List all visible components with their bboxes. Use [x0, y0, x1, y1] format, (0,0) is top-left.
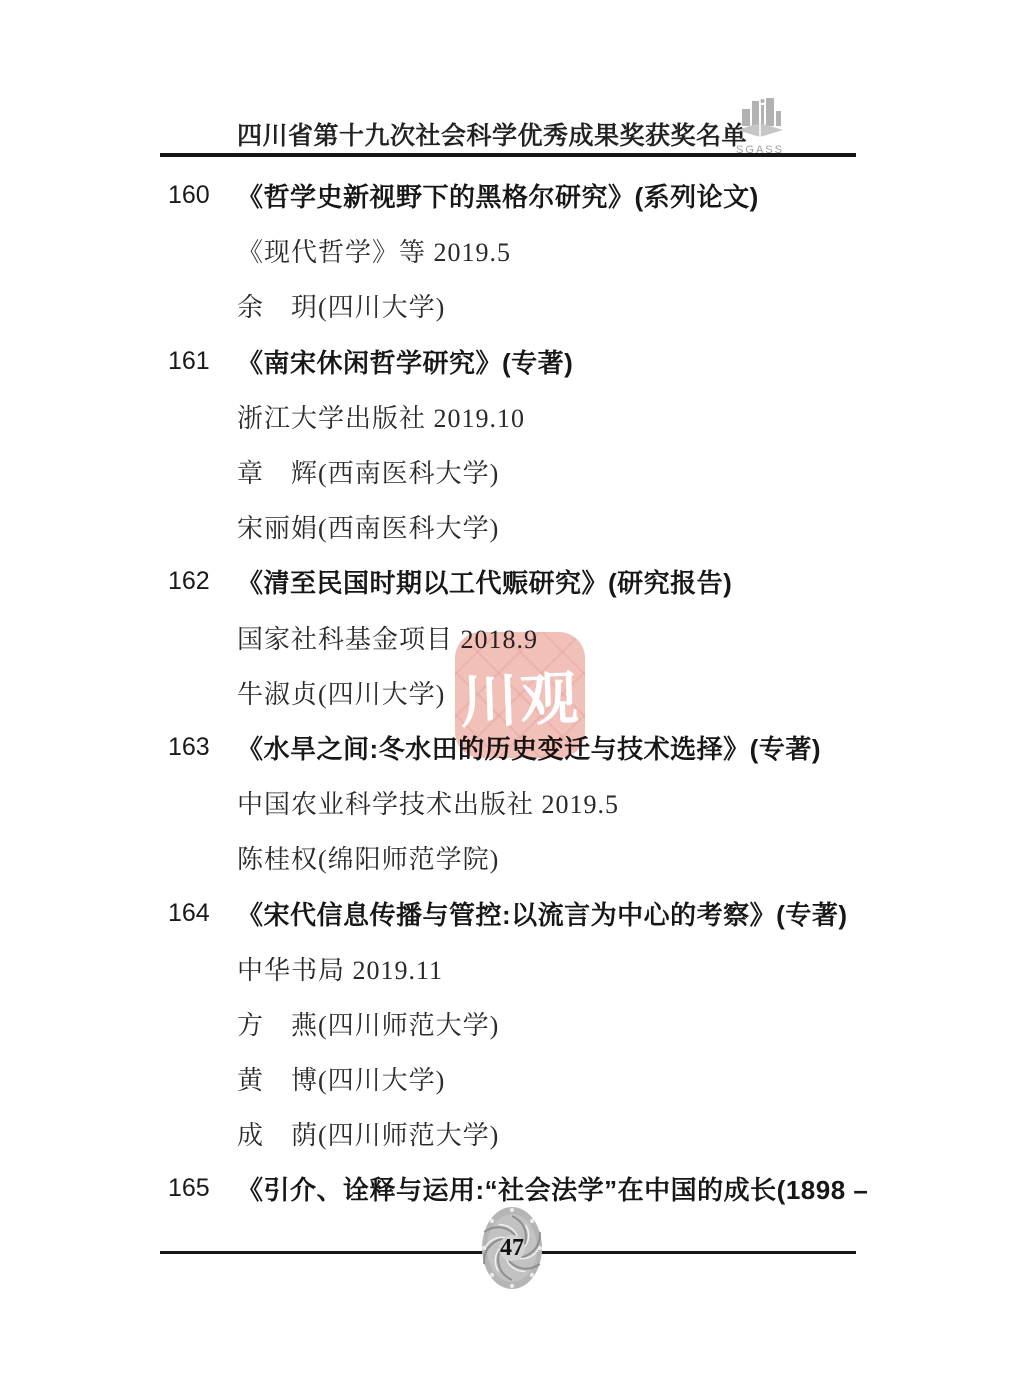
author-info: 方 燕(四川师范大学) — [237, 1005, 499, 1042]
entry-number: 164 — [168, 899, 237, 928]
page-title: 四川省第十九次社会科学优秀成果奖获奖名单 — [237, 116, 747, 152]
author-info: 牛淑贞(四川大学) — [237, 674, 445, 711]
header-rule — [160, 153, 856, 157]
publication-info: 《现代哲学》等 2019.5 — [237, 232, 511, 269]
entry-title-row: 160 《哲学史新视野下的黑格尔研究》(系列论文) — [168, 168, 888, 223]
entry-title: 《南宋休闲哲学研究》(专著) — [237, 343, 573, 380]
publication-info: 中国农业科学技术出版社 2019.5 — [237, 784, 619, 821]
entry-publication-row: 中华书局 2019.11 — [168, 941, 888, 996]
entry-title-row: 162 《清至民国时期以工代赈研究》(研究报告) — [168, 554, 888, 609]
sgass-logo: SGASS — [730, 92, 790, 156]
entry-author-row: 章 辉(西南医科大学) — [168, 444, 888, 499]
entry-title: 《清至民国时期以工代赈研究》(研究报告) — [237, 563, 732, 600]
award-entry: 164 《宋代信息传播与管控:以流言为中心的考察》(专著) 中华书局 2019.… — [168, 885, 888, 1161]
author-info: 成 荫(四川师范大学) — [237, 1115, 499, 1152]
author-info: 余 玥(四川大学) — [237, 287, 445, 324]
publication-info: 浙江大学出版社 2019.10 — [237, 398, 525, 435]
document-page: 四川省第十九次社会科学优秀成果奖获奖名单 SGASS 160 《哲学史新视野下的… — [0, 0, 1024, 1380]
award-entry: 160 《哲学史新视野下的黑格尔研究》(系列论文) 《现代哲学》等 2019.5… — [168, 168, 888, 334]
entry-number: 165 — [168, 1174, 237, 1203]
page-number: 47 — [480, 1205, 544, 1291]
page-number-emblem: 47 — [480, 1205, 544, 1291]
entry-number: 160 — [168, 181, 237, 210]
entry-title: 《哲学史新视野下的黑格尔研究》(系列论文) — [237, 177, 759, 214]
entry-title: 《宋代信息传播与管控:以流言为中心的考察》(专著) — [237, 895, 847, 932]
chuanguan-watermark-text: 川观 — [453, 630, 587, 760]
author-info: 章 辉(西南医科大学) — [237, 453, 499, 490]
entry-number: 163 — [168, 733, 237, 762]
entry-number: 161 — [168, 347, 237, 376]
author-info: 黄 博(四川大学) — [237, 1060, 445, 1097]
entry-author-row: 方 燕(四川师范大学) — [168, 996, 888, 1051]
entry-publication-row: 中国农业科学技术出版社 2019.5 — [168, 775, 888, 830]
author-info: 宋丽娟(西南医科大学) — [237, 508, 499, 545]
award-entry: 161 《南宋休闲哲学研究》(专著) 浙江大学出版社 2019.10 章 辉(西… — [168, 334, 888, 555]
building-book-icon — [731, 92, 789, 138]
entry-number: 162 — [168, 567, 237, 596]
entry-author-row: 宋丽娟(西南医科大学) — [168, 499, 888, 554]
entry-author-row: 黄 博(四川大学) — [168, 1051, 888, 1106]
entry-publication-row: 《现代哲学》等 2019.5 — [168, 223, 888, 278]
entry-title-row: 161 《南宋休闲哲学研究》(专著) — [168, 334, 888, 389]
entry-author-row: 成 荫(四川师范大学) — [168, 1106, 888, 1161]
entry-publication-row: 浙江大学出版社 2019.10 — [168, 389, 888, 444]
entry-title: 《引介、诠释与运用:“社会法学”在中国的成长(1898 – — [237, 1170, 868, 1207]
entry-author-row: 陈桂权(绵阳师范学院) — [168, 830, 888, 885]
entry-author-row: 余 玥(四川大学) — [168, 278, 888, 333]
entry-title-row: 164 《宋代信息传播与管控:以流言为中心的考察》(专著) — [168, 885, 888, 940]
author-info: 陈桂权(绵阳师范学院) — [237, 839, 499, 876]
publication-info: 中华书局 2019.11 — [237, 950, 443, 987]
